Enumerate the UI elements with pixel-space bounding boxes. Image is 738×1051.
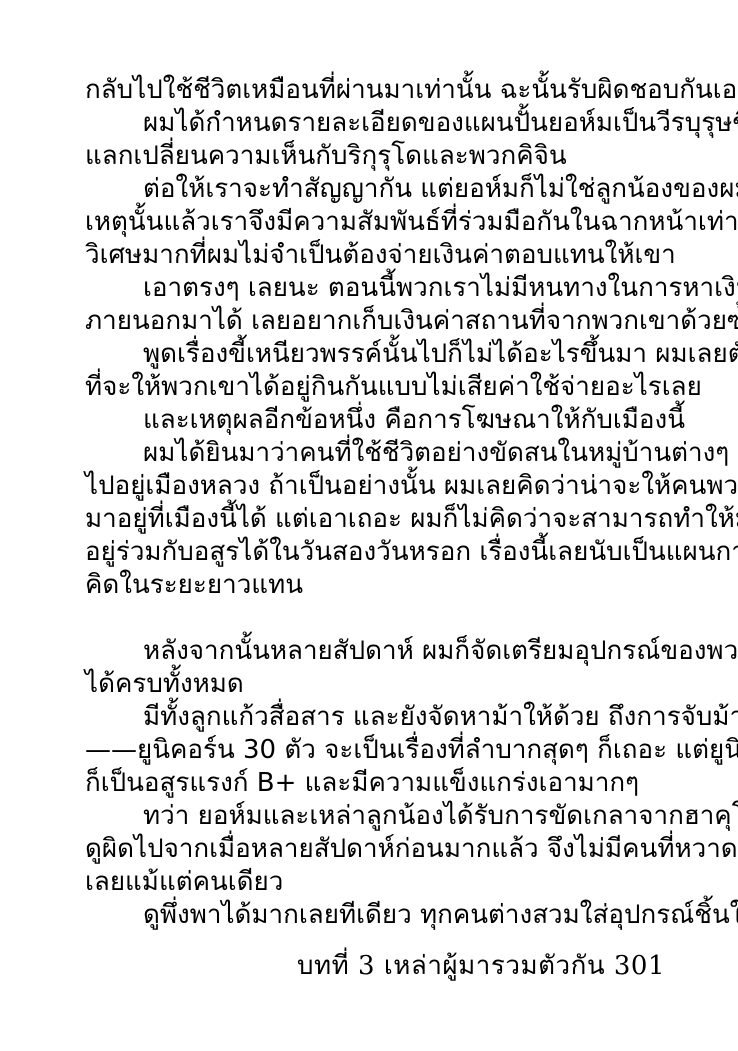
text-line: ดูผิดไปจากเมื่อหลายสัปดาห์ก่อนมากแล้ว จึ… — [85, 833, 665, 866]
text-line: ภายนอกมาได้ เลยอยากเก็บเงินค่าสถานที่จาก… — [85, 305, 665, 338]
text-line: ดูพึ่งพาได้มากเลยทีเดียว ทุกคนต่างสวมใส่… — [85, 899, 665, 932]
text-line: ที่จะให้พวกเขาได้อยู่กินกันแบบไม่เสียค่า… — [85, 371, 665, 404]
text-line: และเหตุผลอีกข้อหนึ่ง คือการโฆษณาให้กับเม… — [85, 404, 665, 437]
text-line: เหตุนั้นแล้วเราจึงมีความสัมพันธ์ที่ร่วมม… — [85, 206, 665, 239]
text-line: ผมได้กำหนดรายละเอียดของแผนปั้นยอห์มเป็นว… — [85, 107, 665, 140]
text-line: ผมได้ยินมาว่าคนที่ใช้ชีวิตอย่างขัดสนในหม… — [85, 437, 665, 470]
text-line: มีทั้งลูกแก้วสื่อสาร และยังจัดหาม้าให้ด้… — [85, 701, 665, 734]
text-line: วิเศษมากที่ผมไม่จำเป็นต้องจ่ายเงินค่าตอบ… — [85, 239, 665, 272]
text-line: ก็เป็นอสูรแรงก์ B+ และมีความแข็งแกร่งเอา… — [85, 767, 665, 800]
text-line: ไปอยู่เมืองหลวง ถ้าเป็นอย่างนั้น ผมเลยคิ… — [85, 470, 665, 503]
text-line: กลับไปใช้ชีวิตเหมือนที่ผ่านมาเท่านั้น ฉะ… — [85, 74, 665, 107]
text-line: แลกเปลี่ยนความเห็นกับริกุรุโดและพวกคิจิน — [85, 140, 665, 173]
chapter-footer: บทที่ 3 เหล่าผู้มารวมตัวกัน 301 — [85, 948, 665, 984]
text-line: อยู่ร่วมกับอสูรได้ในวันสองวันหรอก เรื่อง… — [85, 536, 665, 569]
novel-page: กลับไปใช้ชีวิตเหมือนที่ผ่านมาเท่านั้น ฉะ… — [0, 0, 738, 1051]
text-line: หลังจากนั้นหลายสัปดาห์ ผมก็จัดเตรียมอุปก… — [85, 635, 665, 668]
text-line: ได้ครบทั้งหมด — [85, 668, 665, 701]
text-line: ——ยูนิคอร์น 30 ตัว จะเป็นเรื่องที่ลำบากส… — [85, 734, 665, 767]
text-line: ต่อให้เราจะทำสัญญากัน แต่ยอห์มก็ไม่ใช่ลู… — [85, 173, 665, 206]
text-line: เลยแม้แต่คนเดียว — [85, 866, 665, 899]
body-text-block: กลับไปใช้ชีวิตเหมือนที่ผ่านมาเท่านั้น ฉะ… — [85, 74, 665, 932]
text-line: คิดในระยะยาวแทน — [85, 569, 665, 602]
text-line: ทว่า ยอห์มและเหล่าลูกน้องได้รับการขัดเกล… — [85, 800, 665, 833]
text-line: พูดเรื่องขี้เหนียวพรรค์นั้นไปก็ไม่ได้อะไ… — [85, 338, 665, 371]
text-line: มาอยู่ที่เมืองนี้ได้ แต่เอาเถอะ ผมก็ไม่ค… — [85, 503, 665, 536]
text-line: เอาตรงๆ เลยนะ ตอนนี้พวกเราไม่มีหนทางในกา… — [85, 272, 665, 305]
